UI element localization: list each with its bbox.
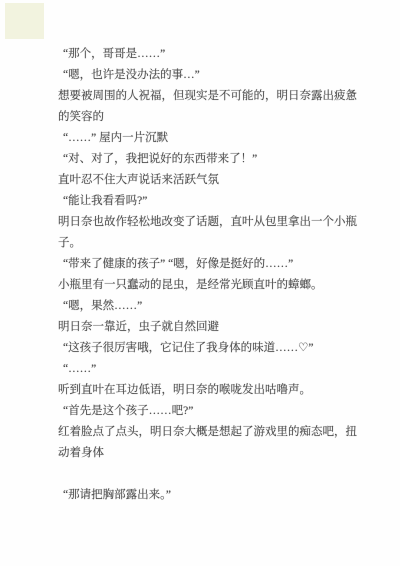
text-line: “……” bbox=[58, 359, 358, 380]
text-block: “那个，哥哥是……” “嗯，也许是没办法的事…” 想要被周围的人祝福，但现实是不… bbox=[58, 44, 358, 506]
text-line: “对、对了，我把说好的东西带来了！” bbox=[58, 149, 358, 170]
text-line: “那个，哥哥是……” bbox=[58, 44, 358, 65]
text-line: 明日奈也故作轻松地改变了话题，直叶从包里拿出一个小瓶 bbox=[58, 212, 358, 233]
text-line: “这孩子很厉害哦，它记住了我身体的味道……♡” bbox=[58, 338, 358, 359]
text-line: 子。 bbox=[58, 233, 358, 254]
text-line: “首先是这个孩子……吧?” bbox=[58, 401, 358, 422]
text-line: 红着脸点了点头，明日奈大概是想起了游戏里的痴态吧，扭 bbox=[58, 422, 358, 443]
text-line: 明日奈一靠近，虫子就自然回避 bbox=[58, 317, 358, 338]
text-line: “能让我看看吗?” bbox=[58, 191, 358, 212]
scan-corner-artifact bbox=[5, 3, 44, 39]
text-line: 直叶忍不住大声说话来活跃气氛 bbox=[58, 170, 358, 191]
text-line: 听到直叶在耳边低语，明日奈的喉咙发出咕噜声。 bbox=[58, 380, 358, 401]
scanned-text-page: “那个，哥哥是……” “嗯，也许是没办法的事…” 想要被周围的人祝福，但现实是不… bbox=[0, 0, 400, 566]
text-line: 小瓶里有一只蠢动的昆虫，是经常光顾直叶的蟑螂。 bbox=[58, 275, 358, 296]
text-line: “……” 屋内一片沉默 bbox=[58, 128, 358, 149]
text-line: 的笑容的 bbox=[58, 107, 358, 128]
text-line: “那请把胸部露出来。” bbox=[58, 485, 358, 506]
text-line: “嗯，果然……” bbox=[58, 296, 358, 317]
text-line: “带来了健康的孩子” “嗯，好像是挺好的……” bbox=[58, 254, 358, 275]
text-line: 动着身体 bbox=[58, 443, 358, 464]
text-line: 想要被周围的人祝福，但现实是不可能的，明日奈露出疲惫 bbox=[58, 86, 358, 107]
text-line: “嗯，也许是没办法的事…” bbox=[58, 65, 358, 86]
